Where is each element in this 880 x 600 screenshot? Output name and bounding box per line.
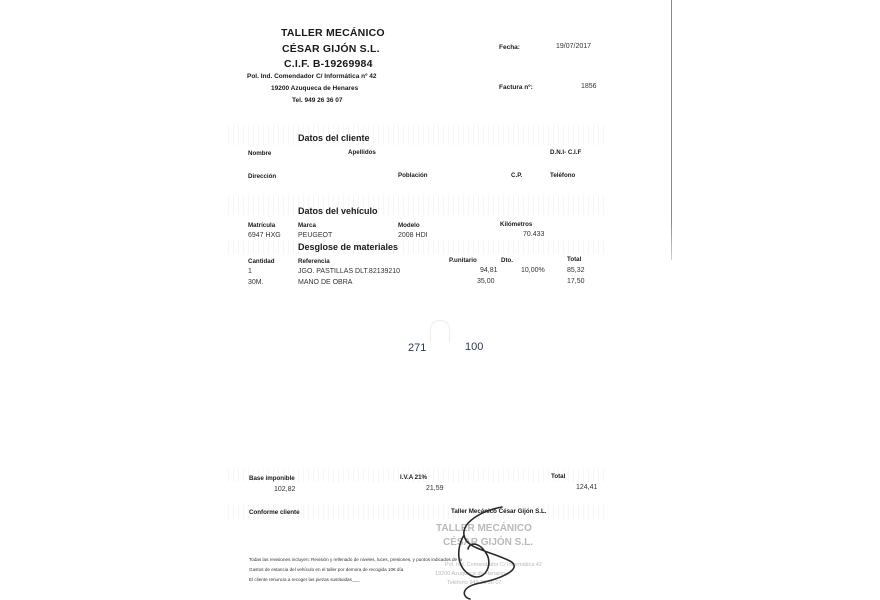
base-label: Base imponible	[249, 475, 295, 482]
client-section-title: Datos del cliente	[298, 133, 370, 143]
invoice-date: 19/07/2017	[556, 43, 591, 50]
materials-header-discount: Dto.	[501, 257, 513, 264]
materials-header-ref: Referencia	[298, 258, 330, 265]
invoice-number: 1856	[581, 83, 597, 90]
materials-header-total: Total	[567, 256, 581, 263]
materials-section-title: Desglose de materiales	[298, 242, 398, 252]
page-edge-line	[671, 0, 672, 260]
base-value: 102,82	[274, 486, 295, 493]
company-address-2: 19200 Azuqueca de Henares	[271, 85, 358, 92]
client-dni-label: D.N.I- C.I.F	[550, 149, 581, 156]
client-name-label: Nombre	[248, 150, 271, 157]
overlay-value-b: 100	[465, 341, 483, 353]
row-unit: 94,81	[480, 267, 498, 274]
footer-line2: Gastos de estancia del vehículo en el ta…	[249, 567, 403, 572]
scan-noise	[228, 240, 608, 254]
company-name-line2: CÉSAR GIJÓN S.L.	[282, 43, 380, 55]
overlay-value-a: 271	[408, 342, 426, 354]
client-postal-label: C.P.	[511, 172, 522, 179]
client-city-label: Población	[398, 172, 428, 179]
company-name-line1: TALLER MECÁNICO	[281, 27, 385, 39]
total-label: Total	[551, 473, 565, 480]
client-phone-label: Teléfono	[550, 172, 575, 179]
scan-noise	[228, 195, 608, 215]
invoice-number-label: Factura nº:	[499, 84, 533, 91]
vat-label: I.V.A 21%	[400, 474, 427, 481]
footer-line1: Todas las revisiones incluyen: Revisión …	[249, 557, 462, 562]
client-surname-label: Apellidos	[348, 149, 376, 156]
materials-header-unit: P.unitario	[449, 257, 477, 264]
vehicle-brand: PEUGEOT	[298, 232, 332, 239]
vehicle-brand-label: Marca	[298, 222, 316, 229]
row-qty: 30M.	[248, 279, 264, 286]
row-total: 17,50	[567, 278, 585, 285]
client-address-label: Dirección	[248, 173, 276, 180]
materials-header-qty: Cantidad	[248, 258, 274, 265]
company-cif: C.I.F. B-19269984	[284, 58, 373, 70]
faint-mark	[430, 320, 450, 343]
row-discount: 10,00%	[521, 267, 545, 274]
row-qty: 1	[248, 268, 252, 275]
row-total: 85,32	[567, 267, 585, 274]
vehicle-km: 70.433	[523, 231, 544, 238]
invoice-page: TALLER MECÁNICO CÉSAR GIJÓN S.L. C.I.F. …	[0, 0, 880, 600]
row-ref: MANO DE OBRA	[298, 279, 352, 286]
vehicle-plate: 6947 HXG	[248, 232, 281, 239]
total-value: 124,41	[576, 484, 597, 491]
vehicle-model-label: Modelo	[398, 222, 420, 229]
scan-noise	[228, 125, 608, 145]
company-phone: Tel. 949 26 36 07	[292, 97, 342, 104]
vat-value: 21,59	[426, 485, 444, 492]
vehicle-km-label: Kilómetros	[500, 221, 532, 228]
footer-line3: El cliente renuncia a recoger las piezas…	[249, 577, 360, 582]
vehicle-model: 2008 HDI	[398, 232, 428, 239]
vehicle-section-title: Datos del vehículo	[298, 206, 378, 216]
signature-scribble	[440, 505, 530, 600]
company-address-1: Pol. Ind. Comendador C/ Informática nº 4…	[247, 73, 377, 80]
invoice-date-label: Fecha:	[499, 44, 520, 51]
client-signature-label: Conforme cliente	[249, 509, 300, 516]
row-unit: 35,00	[477, 278, 495, 285]
vehicle-plate-label: Matrícula	[248, 222, 275, 229]
row-ref: JGO. PASTILLAS DLT.82139210	[298, 268, 400, 275]
